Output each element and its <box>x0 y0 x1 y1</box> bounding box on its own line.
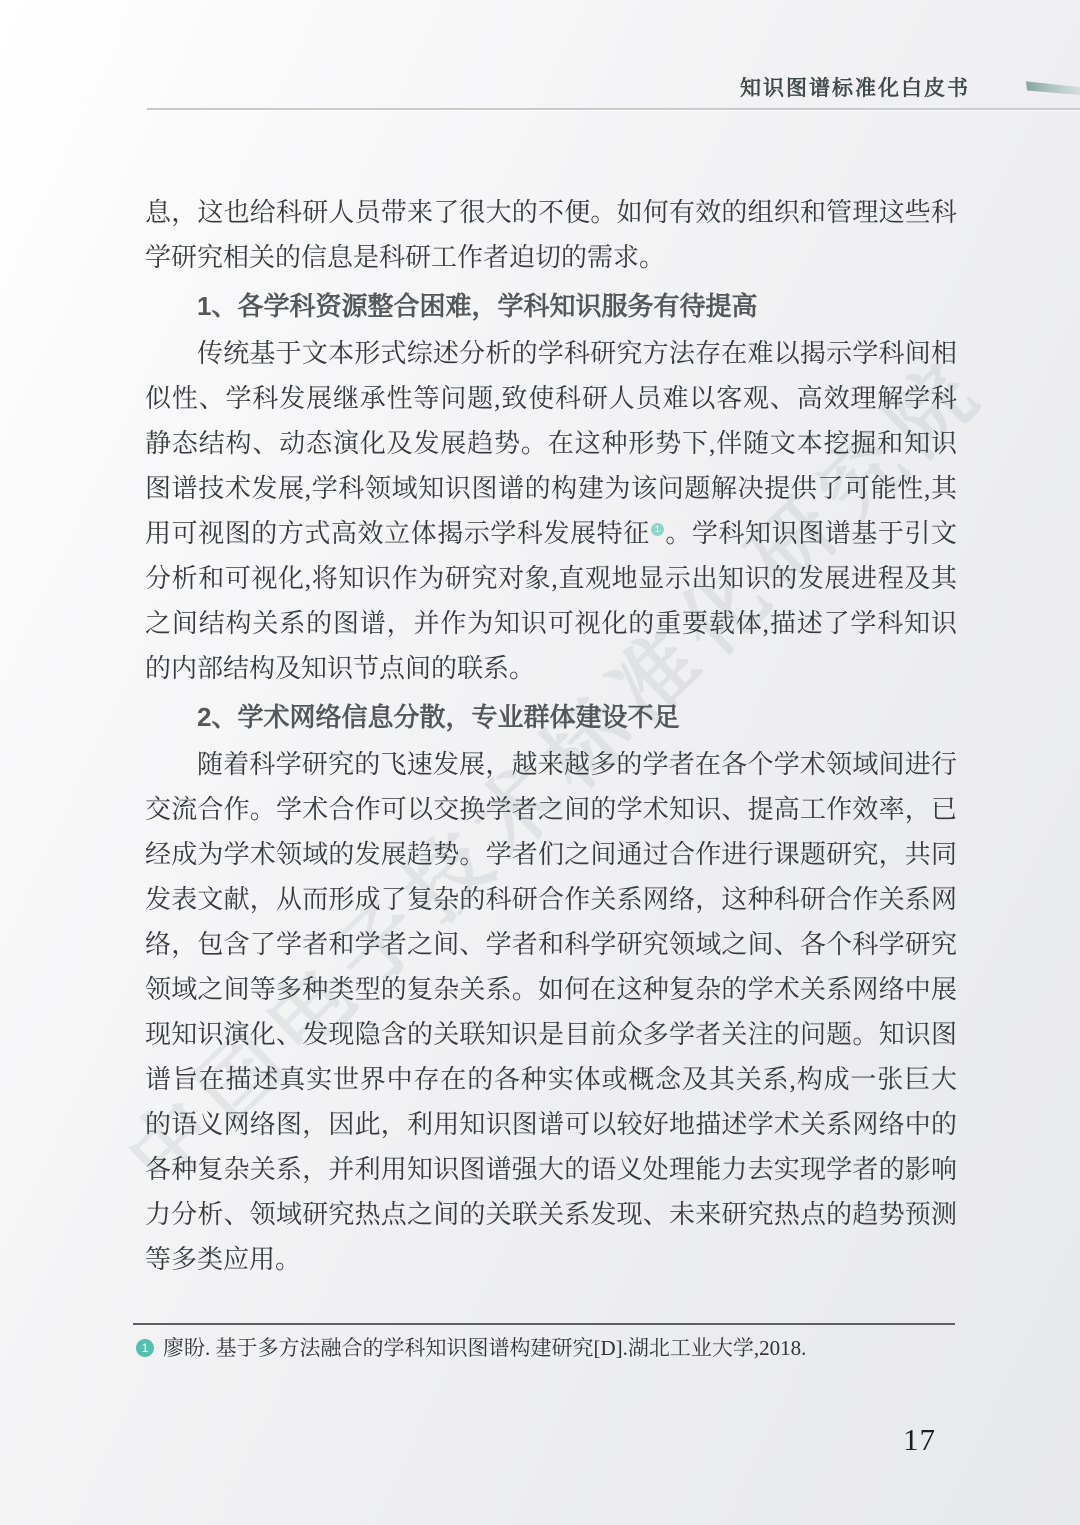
footnote-citation-text: 廖盼. 基于多方法融合的学科知识图谱构建研究[D].湖北工业大学,2018. <box>163 1334 806 1362</box>
page-body: 息，这也给科研人员带来了很大的不便。如何有效的组织和管理这些科学研究相关的信息是… <box>145 190 957 1282</box>
document-page: 知识图谱标准化白皮书 中国电子技术标准化研究院 息，这也给科研人员带来了很大的不… <box>0 0 1080 1525</box>
section-1-paragraph: 传统基于文本形式综述分析的学科研究方法存在难以揭示学科间相似性、学科发展继承性等… <box>145 331 957 691</box>
footnote-ref-marker: 1 <box>650 533 665 546</box>
section-1-text-before-ref: 传统基于文本形式综述分析的学科研究方法存在难以揭示学科间相似性、学科发展继承性等… <box>145 339 957 548</box>
footnote-divider <box>133 1323 955 1325</box>
page-header-title: 知识图谱标准化白皮书 <box>740 72 1028 102</box>
page-number: 17 <box>903 1422 936 1458</box>
footnote: 1 廖盼. 基于多方法融合的学科知识图谱构建研究[D].湖北工业大学,2018. <box>136 1334 806 1362</box>
section-2-heading: 2、学术网络信息分散，专业群体建设不足 <box>145 694 957 740</box>
intro-paragraph: 息，这也给科研人员带来了很大的不便。如何有效的组织和管理这些科学研究相关的信息是… <box>145 190 957 280</box>
footnote-number-icon: 1 <box>136 1339 154 1357</box>
footnote-ref-number-icon: 1 <box>651 523 664 536</box>
header-swoosh-icon <box>1026 80 1080 97</box>
section-2-paragraph: 随着科学研究的飞速发展，越来越多的学者在各个学术领域间进行交流合作。学术合作可以… <box>145 742 957 1282</box>
section-1-heading: 1、各学科资源整合困难，学科知识服务有待提高 <box>145 283 957 329</box>
header-rule <box>147 108 1080 110</box>
